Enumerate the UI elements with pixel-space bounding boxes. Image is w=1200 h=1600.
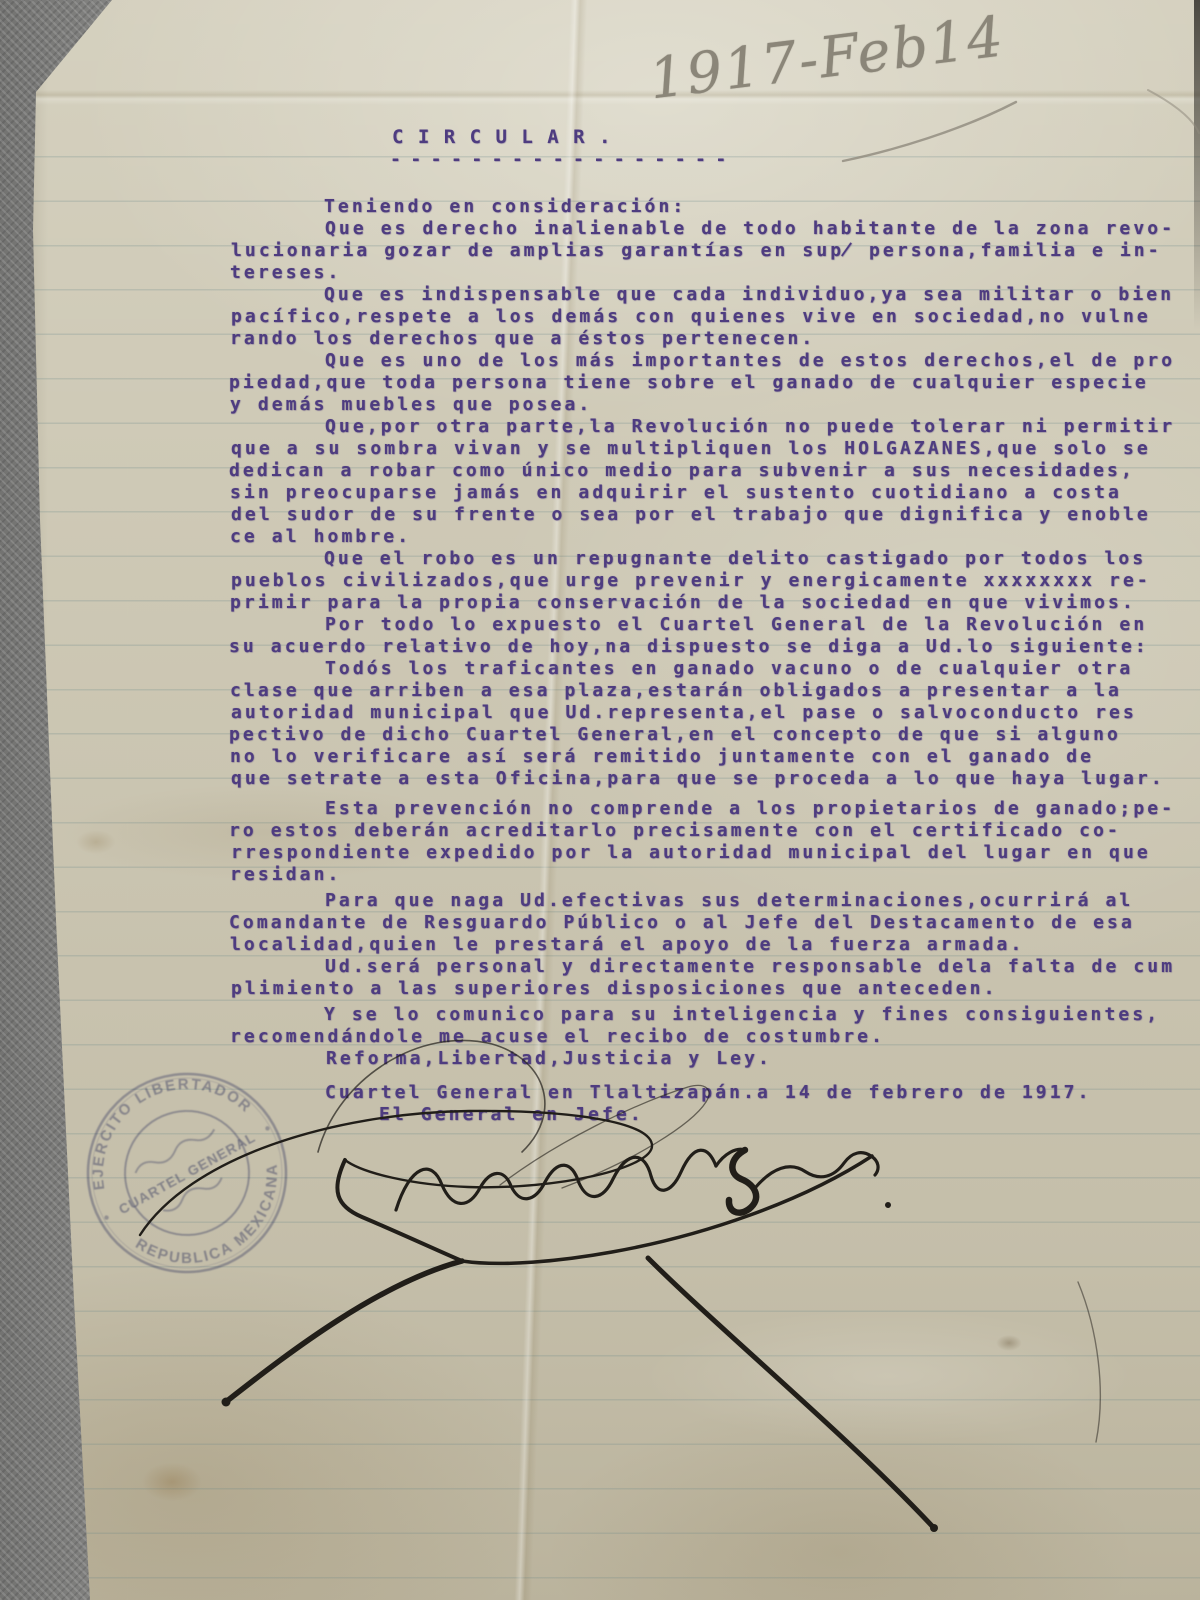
typed-body: Teniendo en consideración:Que es derecho… xyxy=(230,196,1182,1126)
typed-line: recomendándole me acuse el recibo de cos… xyxy=(230,1026,1182,1048)
typed-line: Que,por otra parte,la Revolución no pued… xyxy=(230,416,1182,438)
typed-line: pectivo de dicho Cuartel General,en el c… xyxy=(229,724,1181,746)
typed-line: Reforma,Libertad,Justicia y Ley. xyxy=(231,1048,1183,1070)
document-paper: 1917-Feb14 C I R C U L A R . -----------… xyxy=(0,0,1200,1600)
typed-line: ce al hombre. xyxy=(230,526,1182,548)
typed-line: ro estos deberán acreditarlo precisament… xyxy=(229,820,1181,842)
typed-line: su acuerdo relativo de hoy,na dispuesto … xyxy=(229,636,1181,658)
typed-line: Que el robo es un repugnante delito cast… xyxy=(229,548,1181,570)
stamp-center-text: CUARTEL GENERAL xyxy=(116,1129,258,1218)
typed-line: tereses. xyxy=(230,262,1182,284)
photo-of-document: { "document": { "annotation_date": "1917… xyxy=(0,0,1200,1600)
typed-line: autoridad municipal que Ud.representa,el… xyxy=(231,702,1183,724)
typed-line: piedad,que toda persona tiene sobre el g… xyxy=(229,372,1181,394)
typed-line: dedican a robar como único medio para su… xyxy=(229,460,1181,482)
typed-line: no lo verificare así será remitido junta… xyxy=(230,746,1182,768)
typed-line: Cuartel General en Tlaltizapán.a 14 de f… xyxy=(230,1082,1182,1104)
typed-line: y demás muebles que posea. xyxy=(230,394,1182,416)
typed-line: Todós los traficantes en ganado vacuno o… xyxy=(230,658,1182,680)
typed-line: que setrate a esta Oficina,para que se p… xyxy=(231,768,1183,790)
typed-line: Que es uno de los más importantes de est… xyxy=(230,350,1182,372)
typed-line: pueblos civilizados,que urge prevenir y … xyxy=(231,570,1183,592)
typed-line: plimiento a las superiores disposiciones… xyxy=(231,978,1183,1000)
typed-line: rando los derechos que a éstos pertenece… xyxy=(230,328,1182,350)
document-title: C I R C U L A R . xyxy=(392,126,612,148)
typed-line: El General en Jefe. xyxy=(229,1104,1181,1126)
typed-line: pacífico,respete a los demás con quienes… xyxy=(231,306,1183,328)
typed-line: Por todo lo expuesto el Cuartel General … xyxy=(230,614,1182,636)
typed-line: Teniendo en consideración: xyxy=(229,196,1181,218)
typed-line: del sudor de su frente o sea por el trab… xyxy=(231,504,1183,526)
typed-line: Que es indispensable que cada individuo,… xyxy=(229,284,1181,306)
handwritten-date: 1917-Feb14 xyxy=(646,0,1071,112)
typed-line: Ud.será personal y directamente responsa… xyxy=(230,956,1182,978)
typed-line: Comandante de Resguardo Público o al Jef… xyxy=(229,912,1181,934)
typed-line: Para que naga Ud.efectivas sus determina… xyxy=(230,890,1182,912)
typed-line: que a su sombra vivan y se multipliquen … xyxy=(231,438,1183,460)
title-underline: ----------------- xyxy=(390,149,736,171)
typed-line: Y se lo comunico para su inteligencia y … xyxy=(229,1004,1181,1026)
typed-line: localidad,quien le prestará el apoyo de … xyxy=(230,934,1182,956)
typed-line: primir para la propia conservación de la… xyxy=(230,592,1182,614)
paper-right-edge-shadow xyxy=(1194,0,1200,330)
typed-line: Que es derecho inalienable de todo habit… xyxy=(230,218,1182,240)
typed-line: residan. xyxy=(230,864,1182,886)
typed-line: rrespondiente expedido por la autoridad … xyxy=(231,842,1183,864)
typed-line: clase que arriben a esa plaza,estarán ob… xyxy=(230,680,1182,702)
typed-line: sin preocuparse jamás en adquirir el sus… xyxy=(230,482,1182,504)
typed-line: lucionaria gozar de amplias garantías en… xyxy=(231,240,1183,262)
typed-line: Esta prevención no comprende a los propi… xyxy=(230,798,1182,820)
